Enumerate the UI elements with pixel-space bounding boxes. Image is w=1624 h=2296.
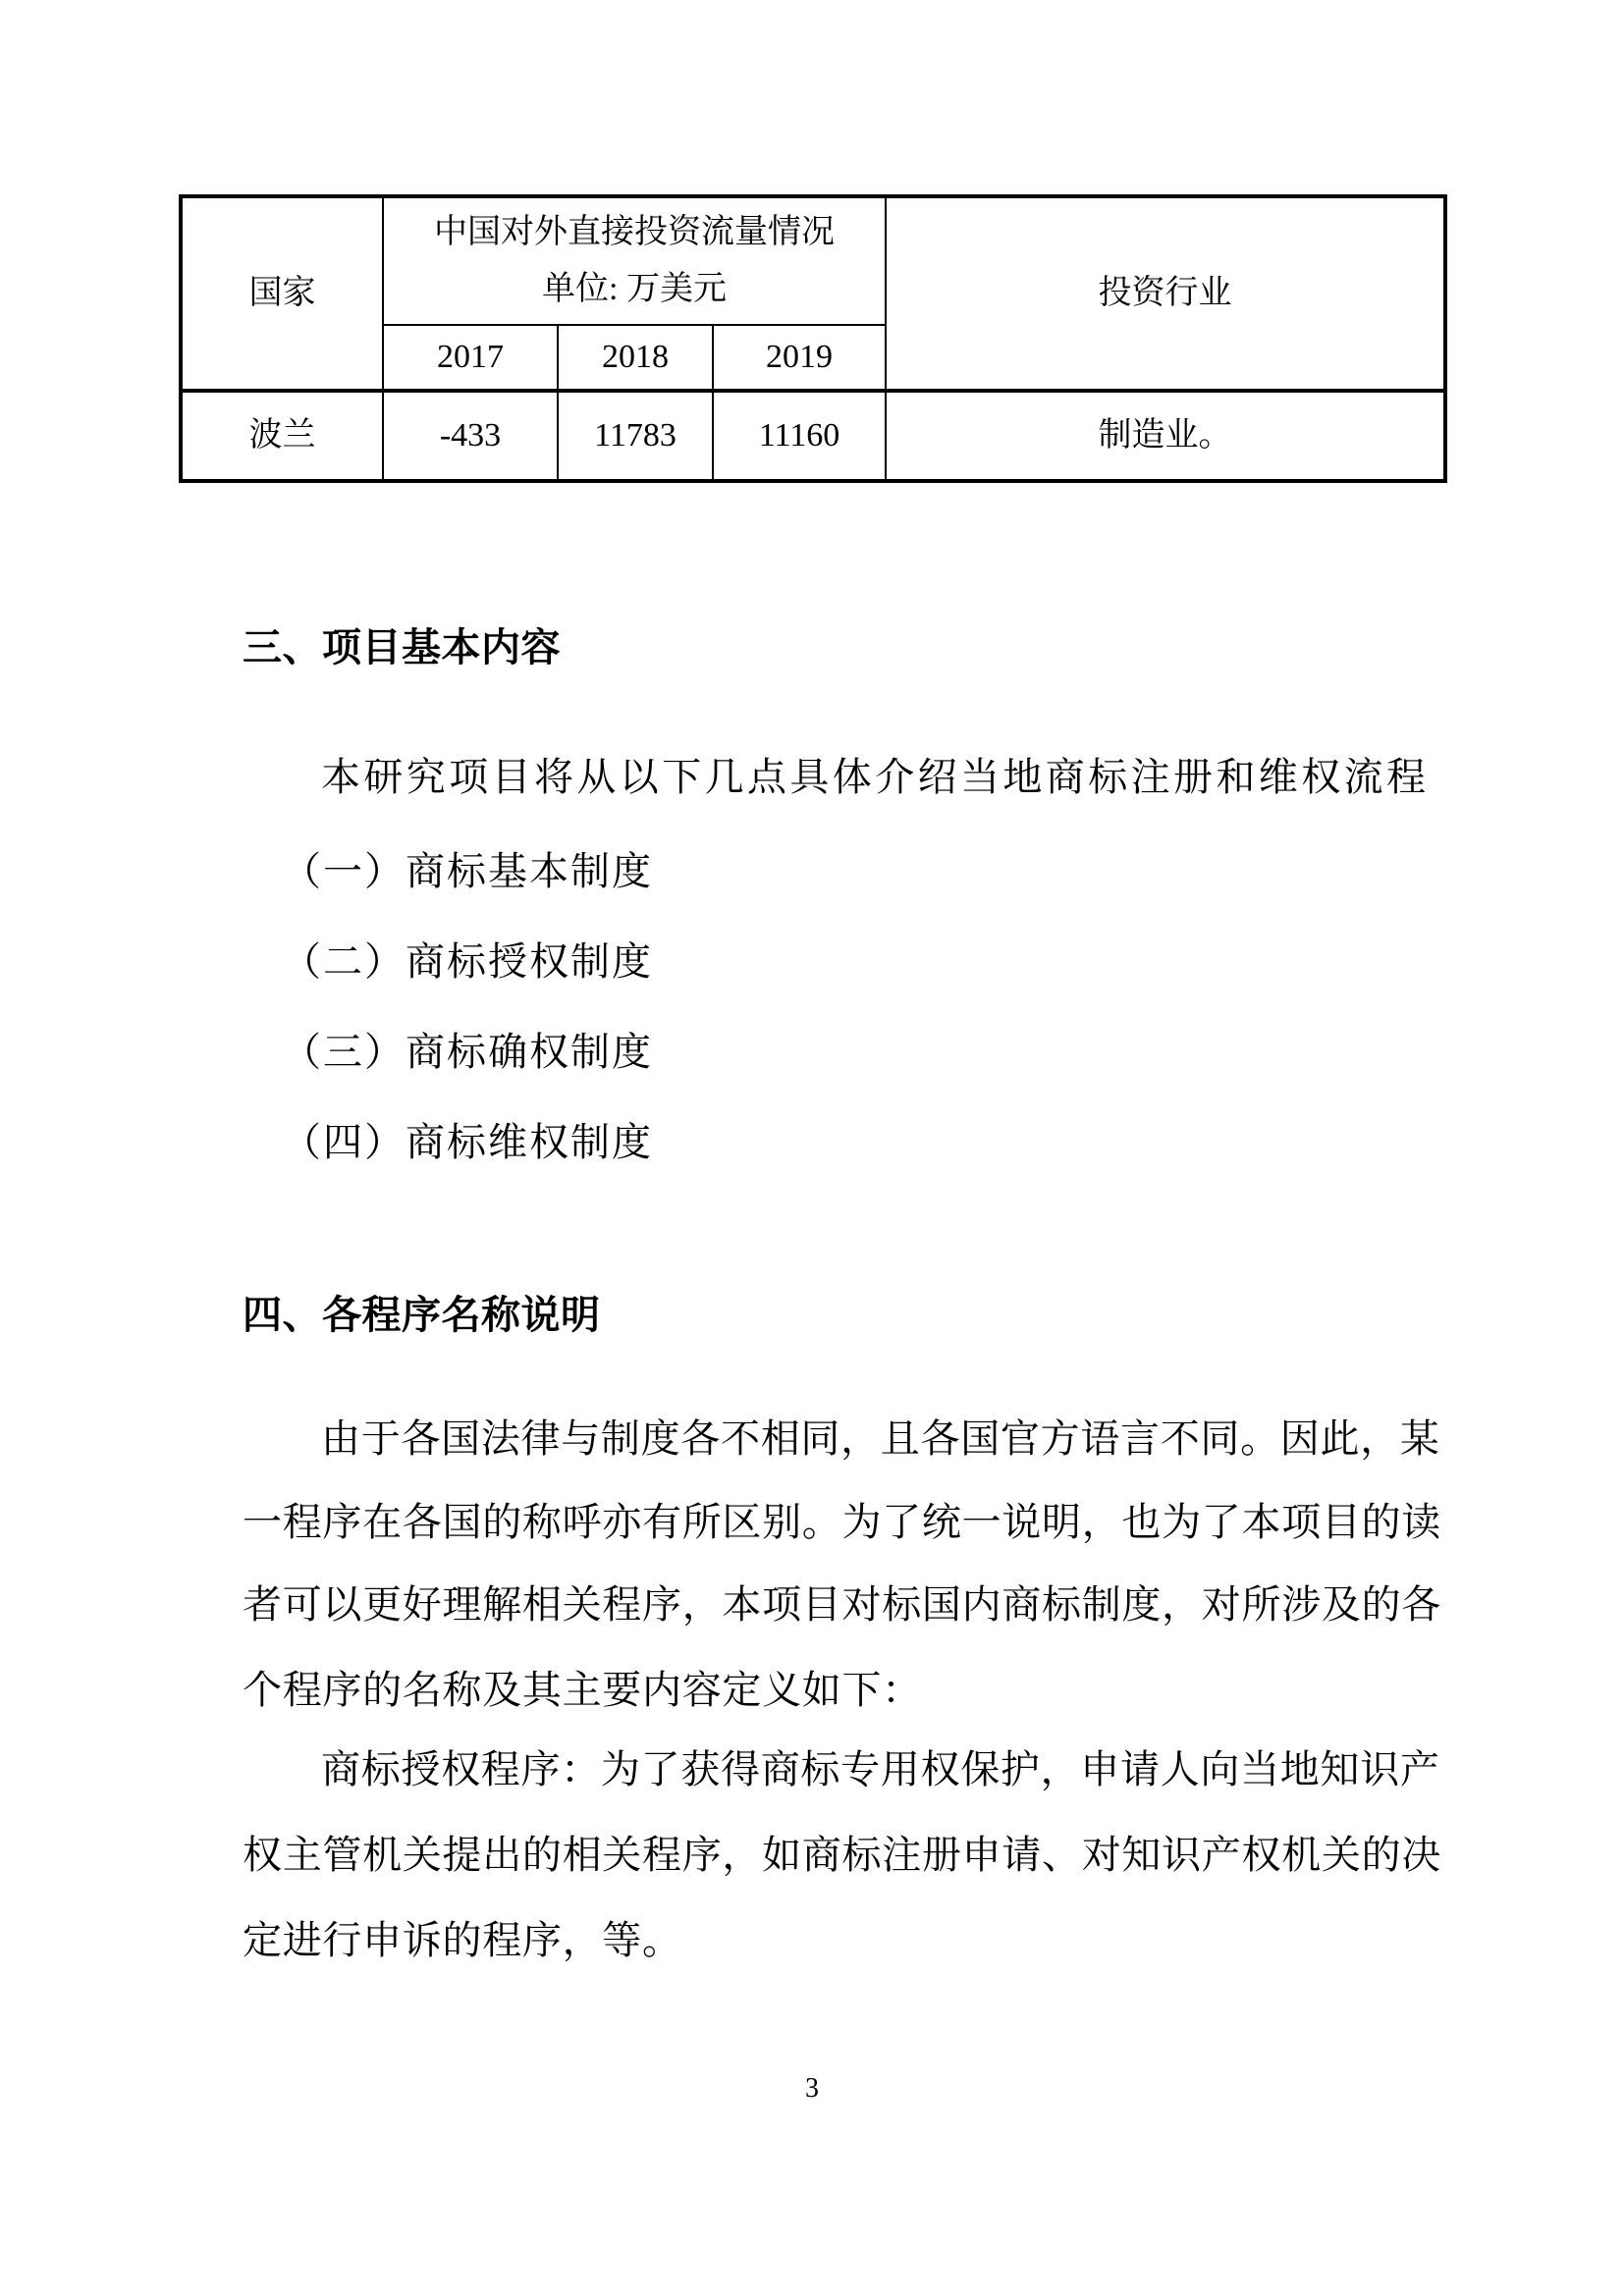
section4-para2-line1: 商标授权程序：为了获得商标专用权保护，申请人向当地知识产 — [321, 1750, 1440, 1789]
section3-intro: 本研究项目将从以下几点具体介绍当地商标注册和维权流程 — [321, 758, 1429, 797]
section3-heading: 三、项目基本内容 — [243, 628, 561, 667]
industry-cell: 制造业。 — [886, 391, 1445, 481]
industry-header-cell: 投资行业 — [886, 196, 1445, 391]
section4-para1-line3: 者可以更好理解相关程序，本项目对标国内商标制度，对所涉及的各 — [243, 1585, 1441, 1625]
section4-para2-line2: 权主管机关提出的相关程序，如商标注册申请、对知识产权机关的决 — [243, 1836, 1441, 1875]
section3-item-3: （三）商标确权制度 — [282, 1033, 653, 1072]
year-2018-cell: 2018 — [558, 325, 713, 391]
section4-para1-line4: 个程序的名称及其主要内容定义如下： — [243, 1671, 922, 1710]
flow-header-title: 中国对外直接投资流量情况 — [384, 204, 885, 261]
section4-heading: 四、各程序名称说明 — [243, 1296, 601, 1335]
section4-para1-line2: 一程序在各国的称呼亦有所区别。为了统一说明，也为了本项目的读 — [243, 1503, 1441, 1542]
section3-item-1: （一）商标基本制度 — [282, 852, 653, 891]
flow-header-unit: 单位: 万美元 — [384, 261, 885, 318]
country-header-cell: 国家 — [181, 196, 383, 391]
year-2017-cell: 2017 — [383, 325, 558, 391]
section3-item-2: （二）商标授权制度 — [282, 942, 653, 982]
document-page: 国家 中国对外直接投资流量情况 单位: 万美元 投资行业 2017 2018 2… — [0, 0, 1624, 2296]
country-cell: 波兰 — [181, 391, 383, 481]
page-number: 3 — [0, 2075, 1624, 2103]
year-2019-cell: 2019 — [713, 325, 886, 391]
section4-para2-line3: 定进行申诉的程序，等。 — [243, 1921, 682, 1960]
value-2018-cell: 11783 — [558, 391, 713, 481]
fdi-table: 国家 中国对外直接投资流量情况 单位: 万美元 投资行业 2017 2018 2… — [179, 194, 1447, 483]
section4-para1-line1: 由于各国法律与制度各不相同，且各国官方语言不同。因此，某 — [321, 1419, 1440, 1459]
flow-header-cell: 中国对外直接投资流量情况 单位: 万美元 — [383, 196, 886, 325]
table-header-row: 国家 中国对外直接投资流量情况 单位: 万美元 投资行业 — [181, 196, 1445, 325]
section3-item-4: （四）商标维权制度 — [282, 1123, 653, 1162]
table-row: 波兰 -433 11783 11160 制造业。 — [181, 391, 1445, 481]
value-2017-cell: -433 — [383, 391, 558, 481]
value-2019-cell: 11160 — [713, 391, 886, 481]
